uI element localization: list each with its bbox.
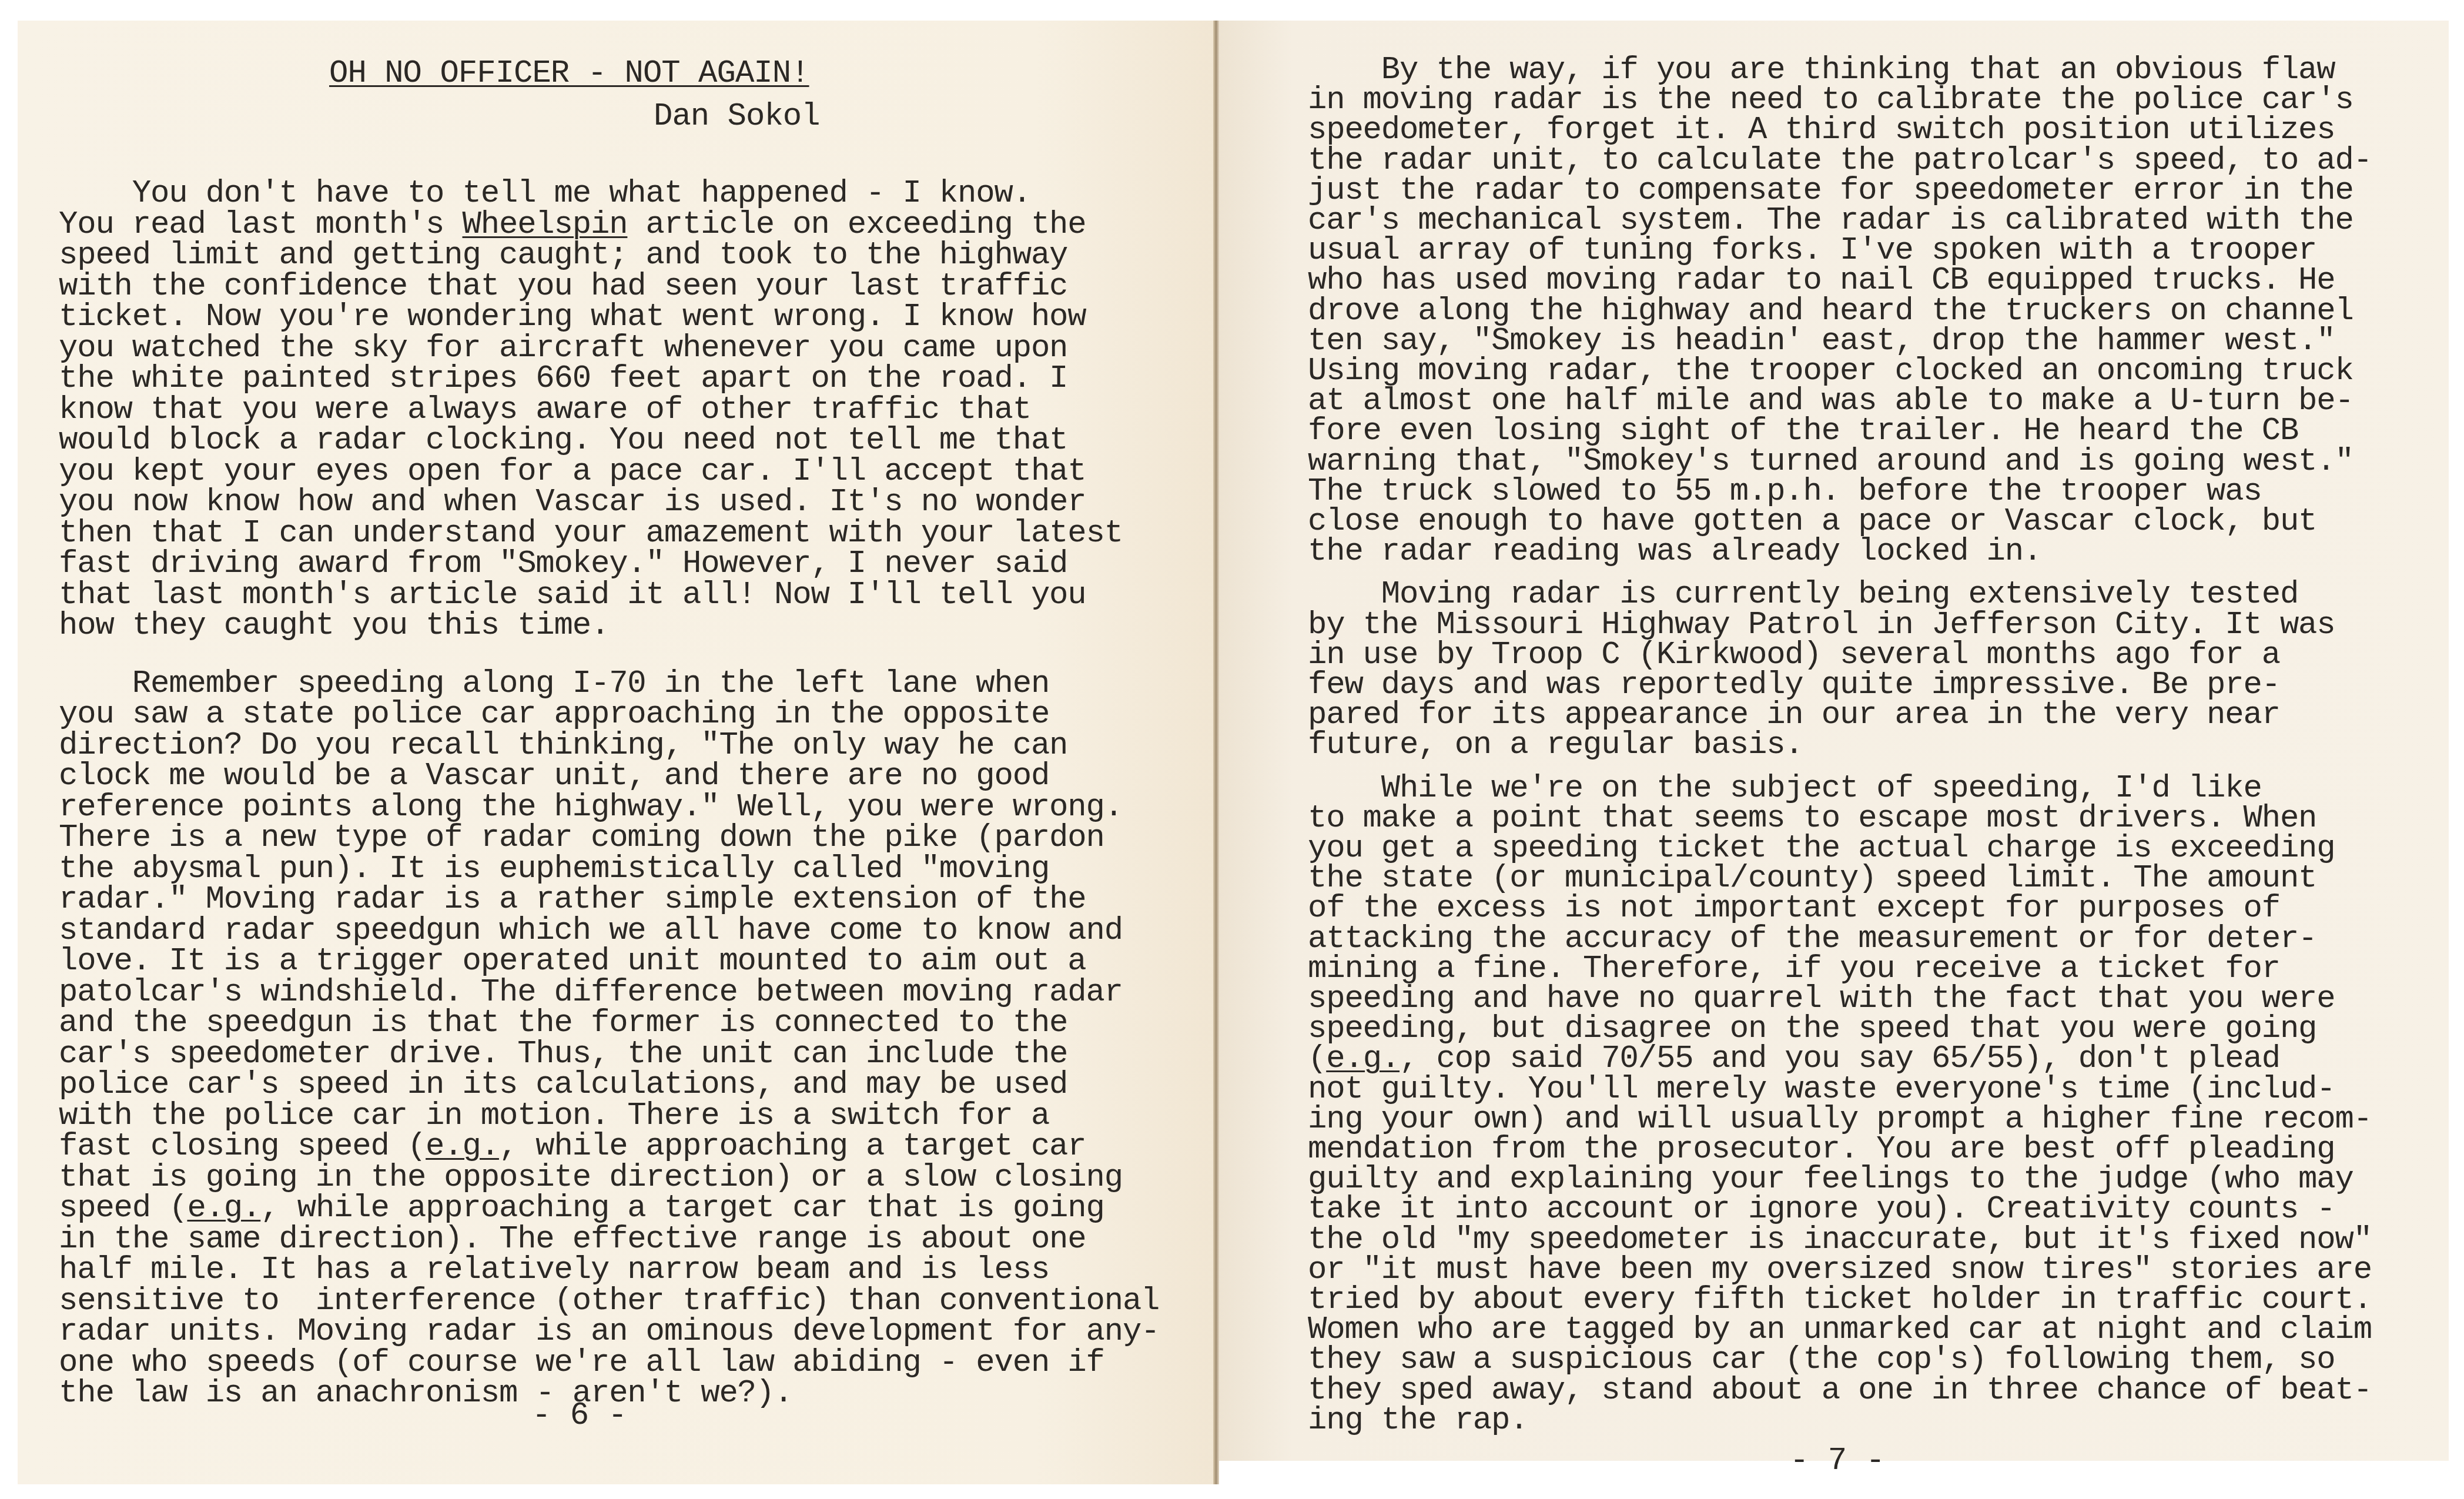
text-line: ing the rap. — [1308, 1403, 1528, 1438]
page-number-right: - 7 - — [1790, 1443, 1885, 1479]
page-number-left: - 6 - — [532, 1398, 627, 1434]
text-line: future, on a regular basis. — [1308, 728, 1803, 763]
page-gutter — [1213, 21, 1219, 1484]
article-title: OH NO OFFICER - NOT AGAIN! — [329, 56, 809, 92]
text-line: how they caught you this time. — [59, 608, 609, 644]
article-author: Dan Sokol — [654, 99, 820, 135]
text-line: the law is an anachronism - aren't we?). — [59, 1376, 792, 1411]
text-line: the radar reading was already locked in. — [1308, 534, 2041, 570]
